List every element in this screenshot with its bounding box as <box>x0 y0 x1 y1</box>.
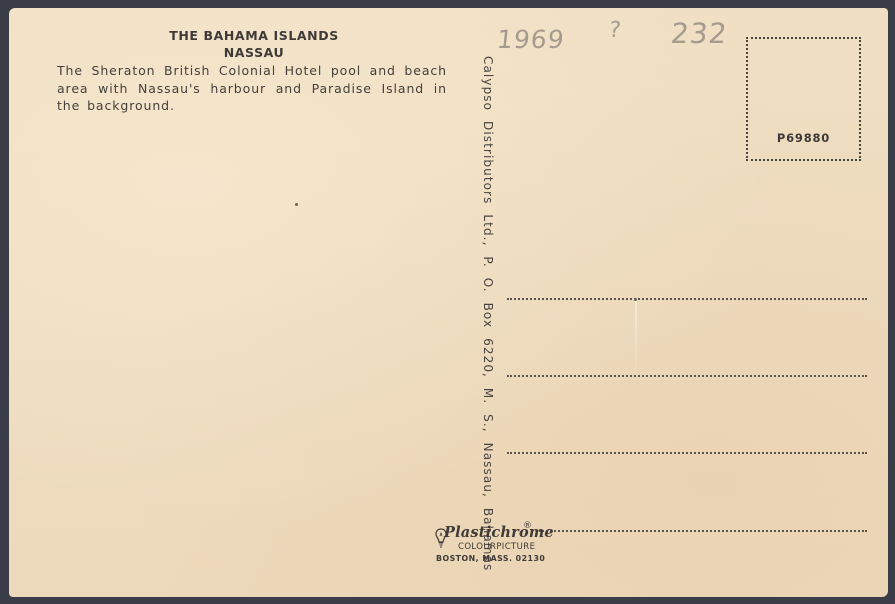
handwritten-question-mark: ? <box>608 18 623 43</box>
address-line-1 <box>507 298 867 300</box>
paper-crease <box>635 298 637 378</box>
caption-subtitle: NASSAU <box>11 45 497 60</box>
publisher-credit: Calypso Distributors Ltd., P. O. Box 622… <box>478 56 498 510</box>
logo-subtitle: COLOURPICTURE <box>458 542 535 552</box>
address-line-4 <box>539 530 867 532</box>
registered-mark: ® <box>523 521 532 531</box>
logo-brand: Plastichrome <box>444 524 554 541</box>
paper-mark <box>295 203 298 206</box>
publisher-text: Calypso Distributors Ltd., P. O. Box 622… <box>478 56 498 510</box>
address-line-2 <box>507 375 867 377</box>
caption-description: The Sheraton British Colonial Hotel pool… <box>57 62 447 115</box>
postcard-back: THE BAHAMA ISLANDS NASSAU The Sheraton B… <box>9 8 888 597</box>
printer-logo: Plastichrome ® COLOURPICTURE BOSTON, MAS… <box>434 521 540 573</box>
address-line-3 <box>507 452 867 454</box>
logo-city: BOSTON, MASS. 02130 <box>436 554 545 563</box>
stamp-code: P69880 <box>748 131 859 145</box>
handwritten-year: 1969 <box>495 25 566 54</box>
handwritten-number: 232 <box>669 17 729 50</box>
stamp-box: P69880 <box>746 37 861 161</box>
caption-title: THE BAHAMA ISLANDS <box>11 28 497 43</box>
paper-mark <box>634 298 637 301</box>
